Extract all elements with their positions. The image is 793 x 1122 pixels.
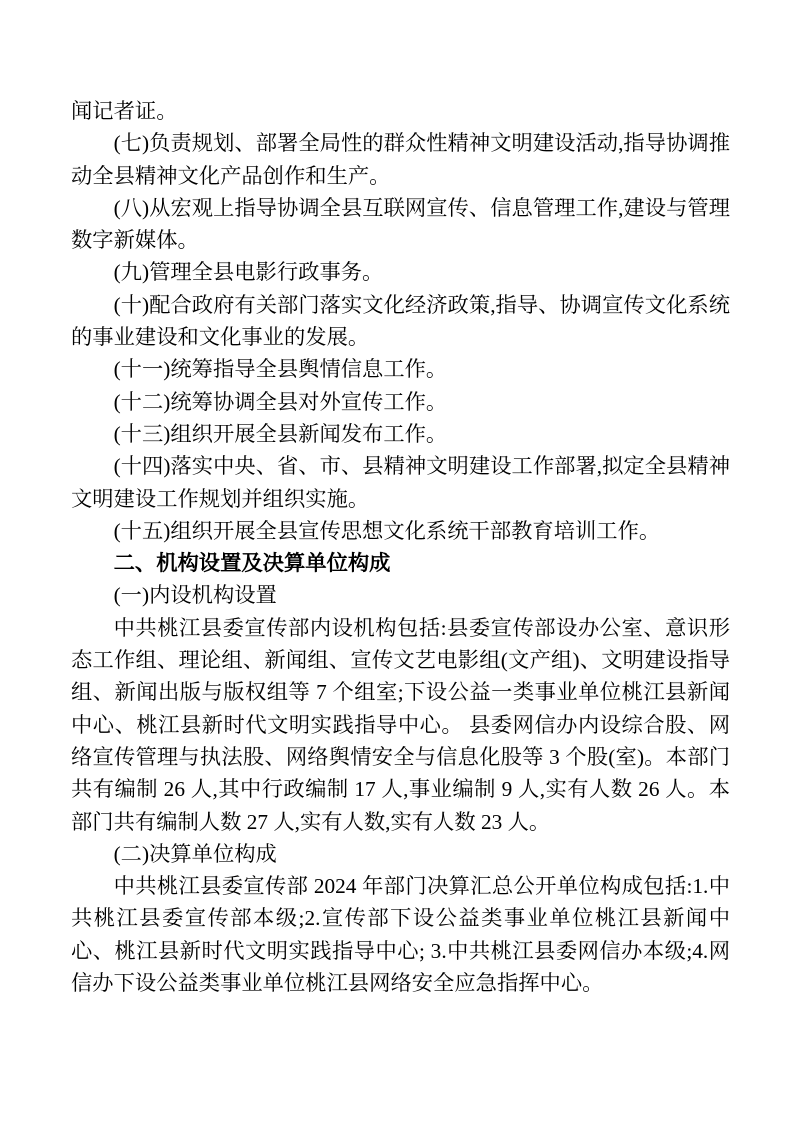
subsection-heading-2-1: (一)内设机构设置	[71, 579, 730, 611]
para-budget-units: 中共桃江县委宣传部 2024 年部门决算汇总公开单位构成包括:1.中共桃江县委宣…	[71, 870, 730, 999]
para-duty-15: (十五)组织开展全县宣传思想文化系统干部教育培训工作。	[71, 515, 730, 547]
para-duty-10: (十)配合政府有关部门落实文化经济政策,指导、协调宣传文化系统的事业建设和文化事…	[71, 289, 730, 354]
para-duty-08: (八)从宏观上指导协调全县互联网宣传、信息管理工作,建设与管理数字新媒体。	[71, 192, 730, 257]
document-page: 闻记者证。 (七)负责规划、部署全局性的群众性精神文明建设活动,指导协调推动全县…	[0, 0, 793, 1122]
para-duty-13: (十三)组织开展全县新闻发布工作。	[71, 418, 730, 450]
para-page-continuation: 闻记者证。	[71, 95, 730, 127]
para-duty-07: (七)负责规划、部署全局性的群众性精神文明建设活动,指导协调推动全县精神文化产品…	[71, 127, 730, 192]
section-heading-2: 二、机构设置及决算单位构成	[71, 547, 730, 579]
para-duty-09: (九)管理全县电影行政事务。	[71, 256, 730, 288]
para-duty-11: (十一)统筹指导全县舆情信息工作。	[71, 353, 730, 385]
para-duty-12: (十二)统筹协调全县对外宣传工作。	[71, 386, 730, 418]
subsection-heading-2-2: (二)决算单位构成	[71, 838, 730, 870]
para-internal-structure: 中共桃江县委宣传部内设机构包括:县委宣传部设办公室、意识形态工作组、理论组、新闻…	[71, 612, 730, 838]
para-duty-14: (十四)落实中央、省、市、县精神文明建设工作部署,拟定全县精神文明建设工作规划并…	[71, 450, 730, 515]
